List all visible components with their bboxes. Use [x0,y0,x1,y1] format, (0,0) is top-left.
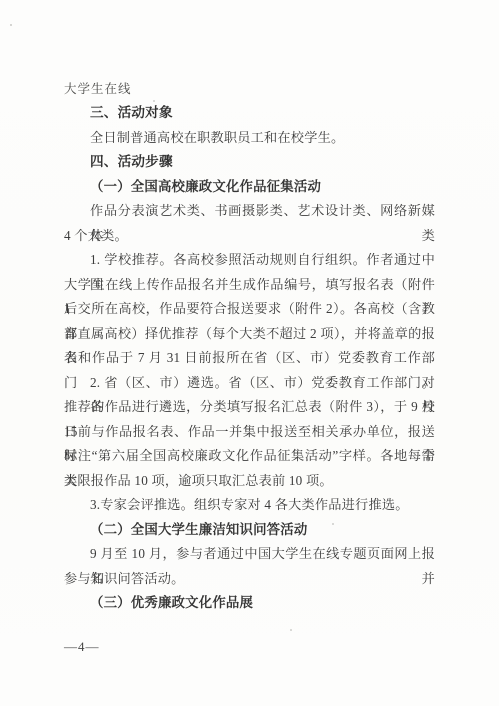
text-line: 作品分表演艺术类、书画摄影类、艺术设计类、网络新媒体类 [64,199,435,224]
text-line: 9 月至 10 月，参与者通过中国大学生在线专题页面网上报名并 [64,542,435,567]
text-line: 标注“第六届全国高校廉政文化作品征集活动”字样。各地每个大 [64,444,435,469]
scan-speck [290,629,292,631]
section-heading-activity-targets: 三、活动对象 [64,101,435,126]
page-header-label: 大学生在线 [64,79,132,97]
subsection-heading-1: （一）全国高校廉政文化作品征集活动 [64,175,435,200]
document-body: 三、活动对象 全日制普通高校在职教职员工和在校学生。 四、活动步骤 （一）全国高… [64,101,435,616]
page-number: —4— [64,639,100,655]
scan-speck [10,24,12,26]
text-line: 推荐的作品进行遴选，分类填写报名汇总表（附件 3），于 9 月 15 [64,395,435,420]
scan-speck [153,100,155,102]
scanned-document-page: 大学生在线 三、活动对象 全日制普通高校在职教职员工和在校学生。 四、活动步骤 … [0,0,499,706]
section-heading-activity-steps: 四、活动步骤 [64,150,435,175]
text-line: 部直属高校）择优推荐（每个大类不超过 2 项），并将盖章的报名 [64,322,435,347]
scan-speck [332,523,334,525]
text-line: 表和作品于 7 月 31 日前报所在省（区、市）党委教育工作部门。 [64,346,435,371]
subsection-heading-2: （二）全国大学生廉洁知识问答活动 [64,518,435,543]
text-line: 3.专家会评推选。组织专家对 4 各大类作品进行推选。 [64,493,435,518]
text-line: 2. 省（区、市）遴选。省（区、市）党委教育工作部门对各校 [64,371,435,396]
subsection-heading-3: （三）优秀廉政文化作品展 [64,591,435,616]
text-line: 后交所在高校，作品要符合报送要求（附件 2）。各高校（含教育 [64,297,435,322]
text-line: 大学生在线上传作品报名并生成作品编号，填写报名表（附件 1） [64,273,435,298]
text-line: 日前与作品报名表、作品一并集中报送至相关承办单位，报送时需 [64,420,435,445]
text-line: 类限报作品 10 项，逾项只取汇总表前 10 项。 [64,469,435,494]
text-line: 全日制普通高校在职教职员工和在校学生。 [64,126,435,151]
text-line: 1. 学校推荐。各高校参照活动规则自行组织。作者通过中国 [64,248,435,273]
